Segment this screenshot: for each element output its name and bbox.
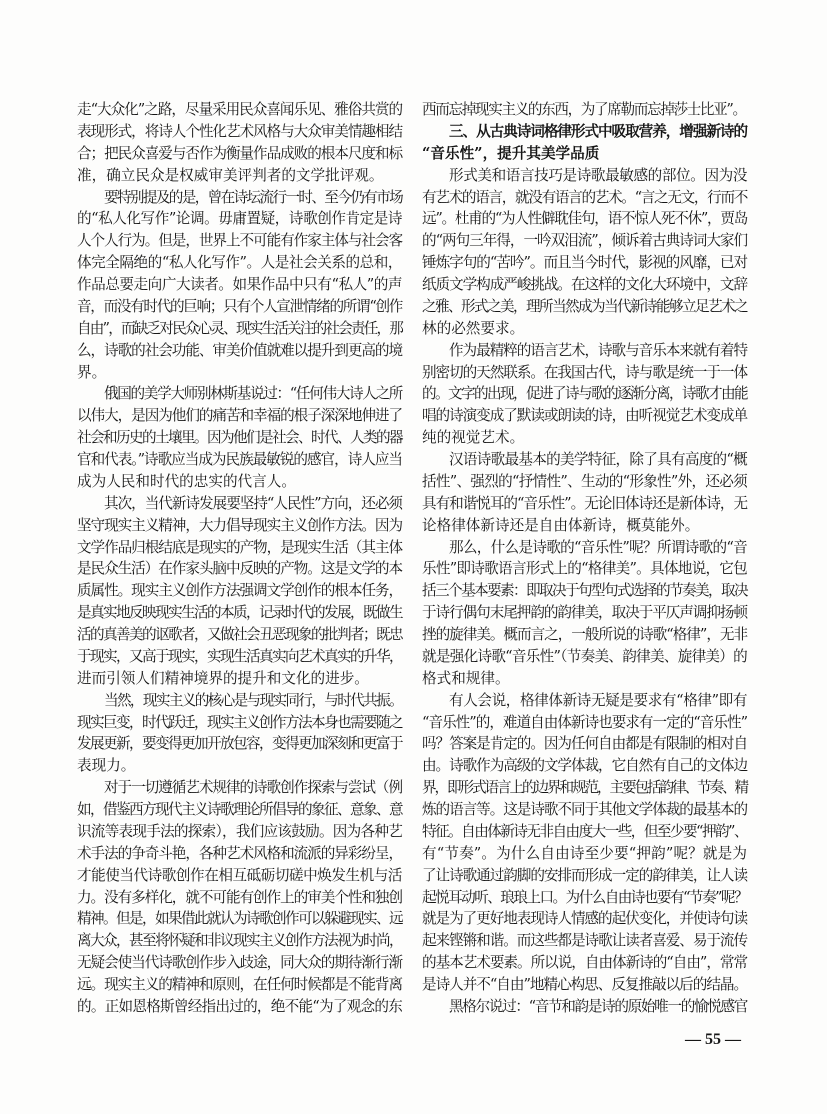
text-line: 唱的诗演变成了默读或朗读的诗，由听视觉艺术变成单 [422,405,747,427]
text-line: 俄国的美学大师别林斯基说过：“任何伟大诗人之所 [77,383,402,405]
text-line: 界，即形式语言上的边界和规范，主要包括韵律、节奏、精 [422,777,747,799]
text-line: 于现实，又高于现实，实现生活真实向艺术真实的升华， [77,646,402,668]
text-line: 括性”、强烈的“抒情性”、生动的“形象性”外，还必须 [422,471,747,493]
text-line: 有人会说，格律体新诗无疑是要求有“格律”即有 [422,690,747,712]
paragraph: 当然，现实主义的核心是与现实同行，与时代共振。 现实巨变，时代跃迁，现实主义创作… [77,690,402,778]
text-line: 体完全隔绝的“私人化写作”。人是社会关系的总和， [77,252,402,274]
paragraph: 走“大众化”之路，尽量采用民众喜闻乐见、雅俗共赏的 表现形式，将诗人个性化艺术风… [77,99,402,187]
text-line: 炼的语言等。这是诗歌不同于其他文学体裁的最基本的 [422,799,747,821]
paragraph: 其次，当代新诗发展要坚持“人民性”方向，还必须 坚守现实主义精神，大力倡导现实主… [77,493,402,690]
text-line: 么，诗歌的社会功能、审美价值就难以提升到更高的境 [77,340,402,362]
paragraph: 汉语诗歌最基本的美学特征，除了具有高度的“概 括性”、强烈的“抒情性”、生动的“… [422,449,747,537]
text-line: 具有和谐悦耳的“音乐性”。无论旧体诗还是新体诗，无 [422,493,747,515]
text-line: 形式美和语言技巧是诗歌最敏感的部位。因为没 [422,165,747,187]
text-line: 有艺术的语言，就没有语言的艺术。“言之无文，行而不 [422,187,747,209]
right-column: 西而忘掉现实主义的东西，为了席勒而忘掉莎士比亚”。 三、从古典诗词格律形式中吸取… [422,99,747,1018]
text-line: 如，借鉴西方现代主义诗歌理论所倡导的象征、意象、意 [77,799,402,821]
text-line: 远。现实主义的精神和原则，在任何时候都是不能背离 [77,974,402,996]
text-line: 术手法的争奇斗艳，各种艺术风格和流派的异彩纷呈， [77,843,402,865]
text-line: 其次，当代新诗发展要坚持“人民性”方向，还必须 [77,493,402,515]
text-line: 精神。但是，如果借此就认为诗歌创作可以躲避现实、远 [77,908,402,930]
text-line: 才能使当代诗歌创作在相互砥砺切磋中焕发生机与活 [77,865,402,887]
text-line: 起来铿锵和谐。而这些都是诗歌让读者喜爱、易于流传 [422,930,747,952]
text-line: 的。正如恩格斯曾经指出过的，绝不能“为了观念的东 [77,996,402,1018]
text-line: 是真实地反映现实生活的本质，记录时代的发展，既做生 [77,602,402,624]
text-line: 之雅、形式之美，理所当然成为当代新诗能够立足艺术之 [422,296,747,318]
text-line: “音乐性”的，难道自由体新诗也要求有一定的“音乐性” [422,712,747,734]
text-line: 远”。杜甫的“为人性僻耽佳句，语不惊人死不休”，贾岛 [422,208,747,230]
text-line: 社会和历史的土壤里。因为他们是社会、时代、人类的器 [77,427,402,449]
text-line: 当然，现实主义的核心是与现实同行，与时代共振。 [77,690,402,712]
text-line: 有“节奏”。为什么自由诗至少要“押韵”呢？就是为 [422,843,747,865]
text-line: 准，确立民众是权威审美评判者的文学批评观。 [77,165,402,187]
paragraph: 俄国的美学大师别林斯基说过：“任何伟大诗人之所 以伟大，是因为他们的痛苦和幸福的… [77,383,402,492]
text-line: 活的真善美的讴歌者，又做社会丑恶现象的批判者；既忠 [77,624,402,646]
text-line: 以伟大，是因为他们的痛苦和幸福的根子深深地伸进了 [77,405,402,427]
text-line: 就是为了更好地表现诗人情感的起伏变化，并使诗句读 [422,908,747,930]
text-line: 特征。自由体新诗无非自由度大一些，但至少要“押韵”、 [422,821,747,843]
section-heading: 三、从古典诗词格律形式中吸取营养，增强新诗的 “音乐性”，提升其美学品质 [422,121,747,165]
heading-line: 三、从古典诗词格律形式中吸取营养，增强新诗的 [422,121,747,143]
text-line: 纯的视觉艺术。 [422,427,747,449]
text-line: 质属性。现实主义创作方法强调文学创作的根本任务， [77,580,402,602]
text-line: 由。诗歌作为高级的文学体裁，它自然有自己的文体边 [422,755,747,777]
text-line: 起悦耳动听、琅琅上口。为什么自由诗也要有“节奏”呢？ [422,887,747,909]
text-line: 作为最精粹的语言艺术，诗歌与音乐本来就有着特 [422,340,747,362]
heading-line: “音乐性”，提升其美学品质 [422,143,747,165]
text-line: 那么，什么是诗歌的“音乐性”呢？所谓诗歌的“音 [422,537,747,559]
text-line: 是民众生活）在作家头脑中反映的产物。这是文学的本 [77,558,402,580]
paragraph: 对于一切遵循艺术规律的诗歌创作探索与尝试（例 如，借鉴西方现代主义诗歌理论所倡导… [77,777,402,1018]
text-line: 锤炼字句的“苦吟”。而且当今时代，影视的风靡，已对 [422,252,747,274]
text-line: 就是强化诗歌“音乐性”（节奏美、韵律美、旋律美）的 [422,646,747,668]
text-line: 自由”，而缺乏对民众心灵、现实生活关注的社会责任，那 [77,318,402,340]
text-line: 吗？答案是肯定的。因为任何自由都是有限制的相对自 [422,733,747,755]
text-line: 无疑会使当代诗歌创作步入歧途，同大众的期待渐行渐 [77,952,402,974]
paragraph: 作为最精粹的语言艺术，诗歌与音乐本来就有着特 别密切的天然联系。在我国古代，诗与… [422,340,747,449]
text-line: 表现形式，将诗人个性化艺术风格与大众审美情趣相结 [77,121,402,143]
text-line: 汉语诗歌最基本的美学特征，除了具有高度的“概 [422,449,747,471]
paragraph: 有人会说，格律体新诗无疑是要求有“格律”即有 “音乐性”的，难道自由体新诗也要求… [422,690,747,996]
page-number: — 55 — [684,1030,742,1050]
text-line: 挫的旋律美。概而言之，一般所说的诗歌“格律”，无非 [422,624,747,646]
text-line: 走“大众化”之路，尽量采用民众喜闻乐见、雅俗共赏的 [77,99,402,121]
paragraph: 形式美和语言技巧是诗歌最敏感的部位。因为没 有艺术的语言，就没有语言的艺术。“言… [422,165,747,340]
paragraph: 那么，什么是诗歌的“音乐性”呢？所谓诗歌的“音 乐性”即诗歌语言形式上的“格律美… [422,537,747,690]
text-line: 的。文字的出现，促进了诗与歌的逐渐分离，诗歌才由能 [422,383,747,405]
text-line: 作品总要走向广大读者。如果作品中只有“私人”的声 [77,274,402,296]
text-line: 识流等表现手法的探索），我们应该鼓励。因为各种艺 [77,821,402,843]
text-line: 了让诗歌通过韵脚的安排而形成一定的韵律美，让人读 [422,865,747,887]
text-line: 林的必然要求。 [422,318,747,340]
text-line: 人个人行为。但是，世界上不可能有作家主体与社会客 [77,230,402,252]
text-line: 是诗人并不“自由”地精心构思、反复推敲以后的结晶。 [422,974,747,996]
text-line: 于诗行偶句末尾押韵的韵律美，取决于平仄声调抑扬顿 [422,602,747,624]
text-line: 文学作品归根结底是现实的产物，是现实生活（其主体 [77,537,402,559]
text-line: 要特别提及的是，曾在诗坛流行一时、至今仍有市场 [77,187,402,209]
text-line: 官和代表。”诗歌应当成为民族最敏锐的感官，诗人应当 [77,449,402,471]
text-line: 的基本艺术要素。所以说，自由体新诗的“自由”，常常 [422,952,747,974]
text-line: 对于一切遵循艺术规律的诗歌创作探索与尝试（例 [77,777,402,799]
text-line: 成为人民和时代的忠实的代言人。 [77,471,402,493]
text-line: 括三个基本要素：即取决于句型句式选择的节奏美，取决 [422,580,747,602]
text-line: 力。没有多样化，就不可能有创作上的审美个性和独创 [77,887,402,909]
paragraph: 要特别提及的是，曾在诗坛流行一时、至今仍有市场 的“私人化写作”论调。毋庸置疑，… [77,187,402,384]
left-column: 走“大众化”之路，尽量采用民众喜闻乐见、雅俗共赏的 表现形式，将诗人个性化艺术风… [77,99,402,1018]
text-line: 离大众，甚至将怀疑和非议现实主义创作方法视为时尚， [77,930,402,952]
text-line: 格式和规律。 [422,668,747,690]
text-line: 合；把民众喜爱与否作为衡量作品成败的根本尺度和标 [77,143,402,165]
text-line: 黑格尔说过：“音节和韵是诗的原始唯一的愉悦感官 [422,996,747,1018]
text-line: 表现力。 [77,755,402,777]
text-line: 西而忘掉现实主义的东西，为了席勒而忘掉莎士比亚”。 [422,99,747,121]
text-line: 的“私人化写作”论调。毋庸置疑，诗歌创作肯定是诗 [77,208,402,230]
text-line: 的“两句三年得，一吟双泪流”，倾诉着古典诗词大家们 [422,230,747,252]
text-line: 纸质文学构成严峻挑战。在这样的文化大环境中，文辞 [422,274,747,296]
text-line: 现实巨变，时代跃迁，现实主义创作方法本身也需要随之 [77,712,402,734]
text-line: 发展更新，要变得更加开放包容，变得更加深刻和更富于 [77,733,402,755]
paragraph-continuation: 西而忘掉现实主义的东西，为了席勒而忘掉莎士比亚”。 [422,99,747,121]
text-line: 论格律体新诗还是自由体新诗，概莫能外。 [422,515,747,537]
text-line: 界。 [77,362,402,384]
paragraph: 黑格尔说过：“音节和韵是诗的原始唯一的愉悦感官 [422,996,747,1018]
text-line: 进而引领人们精神境界的提升和文化的进步。 [77,668,402,690]
text-line: 音，而没有时代的巨响；只有个人宣泄情绪的所谓“创作 [77,296,402,318]
text-line: 乐性”即诗歌语言形式上的“格律美”。具体地说，它包 [422,558,747,580]
text-line: 坚守现实主义精神，大力倡导现实主义创作方法。因为 [77,515,402,537]
text-line: 别密切的天然联系。在我国古代，诗与歌是统一于一体 [422,362,747,384]
